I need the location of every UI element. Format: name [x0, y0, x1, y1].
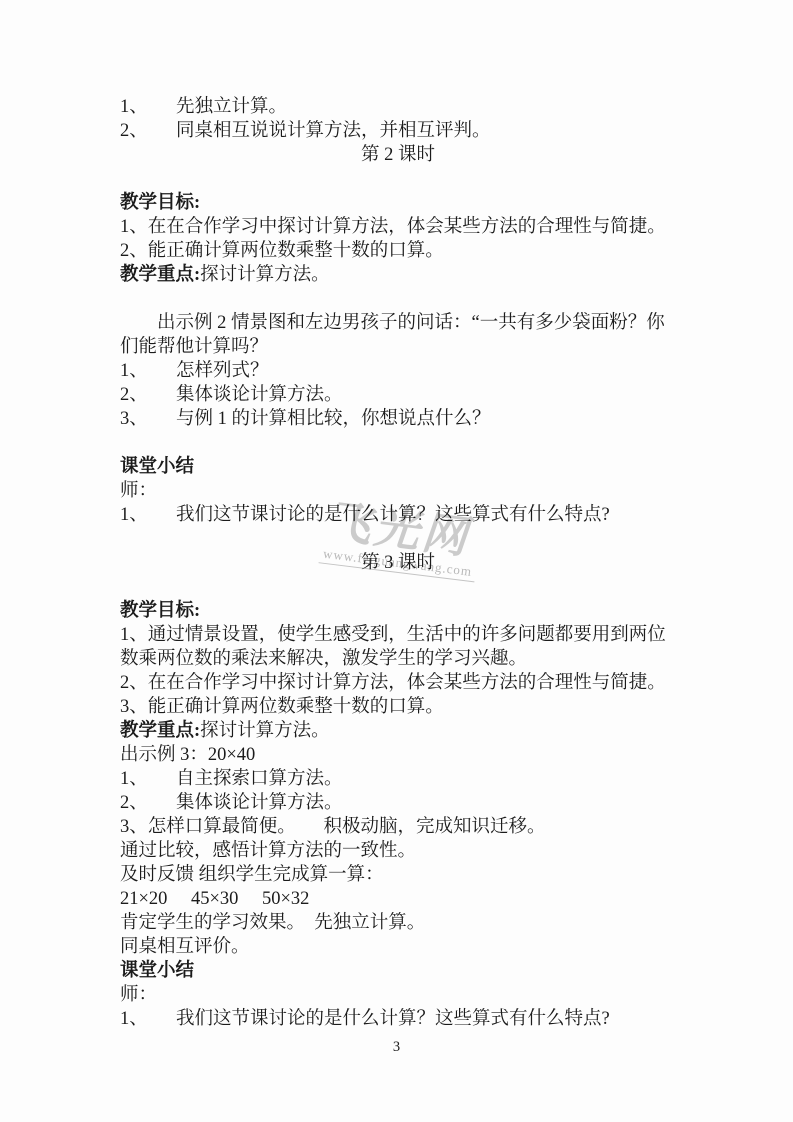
list-number: 1、 [120, 95, 176, 119]
list-text: 怎样列式？ [176, 361, 269, 381]
list-text: 我们这节课讨论的是什么计算？这些算式有什么特点? [176, 505, 610, 525]
section-heading: 课堂小结 [120, 959, 676, 983]
text-line: 师： [120, 983, 676, 1007]
list-number: 1、 [120, 767, 176, 791]
formula: 45×30 [191, 887, 262, 911]
list-text: 集体谈论计算方法。 [176, 385, 343, 405]
text-line: 及时反馈 组织学生完成算一算： [120, 863, 676, 887]
list-item: 1、怎样列式？ [120, 359, 676, 383]
list-number: 1、 [120, 1007, 176, 1031]
blank-line [120, 527, 676, 551]
list-item: 2、同桌相互说说计算方法，并相互评判。 [120, 119, 676, 143]
section-heading: 教学目标: [120, 191, 676, 215]
list-text: 我们这节课讨论的是什么计算？这些算式有什么特点? [176, 1009, 610, 1029]
document-content: 1、先独立计算。2、同桌相互说说计算方法，并相互评判。第 2 课时 教学目标:1… [120, 95, 676, 1031]
text-line: 师： [120, 479, 676, 503]
text-line: 2、在在合作学习中探讨计算方法，体会某些方法的合理性与简捷。 [120, 671, 676, 695]
list-item: 3、与例 1 的计算相比较，你想说点什么？ [120, 407, 676, 431]
paragraph-first-line: 出示例 2 情景图和左边男孩子的问话：“一共有多少袋面粉？你 [120, 311, 676, 335]
bold-label: 教学重点: [120, 265, 200, 285]
list-number: 2、 [120, 791, 176, 815]
blank-line [120, 167, 676, 191]
list-item: 2、集体谈论计算方法。 [120, 791, 676, 815]
text-line: 3、怎样口算最简便。 积极动脑，完成知识迁移。 [120, 815, 676, 839]
list-text: 与例 1 的计算相比较，你想说点什么？ [176, 409, 491, 429]
formula: 21×20 [120, 887, 191, 911]
page-number: 3 [0, 1039, 793, 1056]
bold-label: 教学重点: [120, 721, 200, 741]
list-item: 1、我们这节课讨论的是什么计算？这些算式有什么特点? [120, 1007, 676, 1031]
text-line: 通过比较，感悟计算方法的一致性。 [120, 839, 676, 863]
list-text: 集体谈论计算方法。 [176, 793, 343, 813]
section-heading: 教学目标: [120, 599, 676, 623]
list-number: 2、 [120, 119, 176, 143]
blank-line [120, 431, 676, 455]
section-heading: 课堂小结 [120, 455, 676, 479]
text-line: 3、能正确计算两位数乘整十数的口算。 [120, 695, 676, 719]
text-line: 出示例 3：20×40 [120, 743, 676, 767]
text-line: 肯定学生的学习效果。 先独立计算。 [120, 911, 676, 935]
list-number: 1、 [120, 359, 176, 383]
list-text: 自主探索口算方法。 [176, 769, 343, 789]
blank-line [120, 287, 676, 311]
list-item: 1、我们这节课讨论的是什么计算？这些算式有什么特点? [120, 503, 676, 527]
text-line: 2、能正确计算两位数乘整十数的口算。 [120, 239, 676, 263]
list-item: 1、先独立计算。 [120, 95, 676, 119]
text-line: 同桌相互评价。 [120, 935, 676, 959]
text-line: 1、在在合作学习中探讨计算方法，体会某些方法的合理性与简捷。 [120, 215, 676, 239]
section-heading-inline: 教学重点:探讨计算方法。 [120, 263, 676, 287]
document-page: 飞光网 www.feiguangwang.com 1、先独立计算。2、同桌相互说… [0, 0, 793, 1122]
text-line: 数乘两位数的乘法来解决，激发学生的学习兴趣。 [120, 647, 676, 671]
text-line: 们能帮他计算吗？ [120, 335, 676, 359]
formula-row: 21×2045×3050×32 [120, 887, 676, 911]
list-number: 3、 [120, 407, 176, 431]
list-text: 先独立计算。 [176, 97, 287, 117]
list-number: 2、 [120, 383, 176, 407]
formula: 50×32 [262, 887, 333, 911]
text-line: 1、通过情景设置，使学生感受到，生活中的许多问题都要用到两位 [120, 623, 676, 647]
list-text: 同桌相互说说计算方法，并相互评判。 [176, 121, 491, 141]
list-item: 1、自主探索口算方法。 [120, 767, 676, 791]
list-item: 2、集体谈论计算方法。 [120, 383, 676, 407]
lesson-title: 第 2 课时 [120, 143, 676, 167]
lesson-title: 第 3 课时 [120, 551, 676, 575]
section-heading-inline: 教学重点:探讨计算方法。 [120, 719, 676, 743]
blank-line [120, 575, 676, 599]
list-number: 1、 [120, 503, 176, 527]
